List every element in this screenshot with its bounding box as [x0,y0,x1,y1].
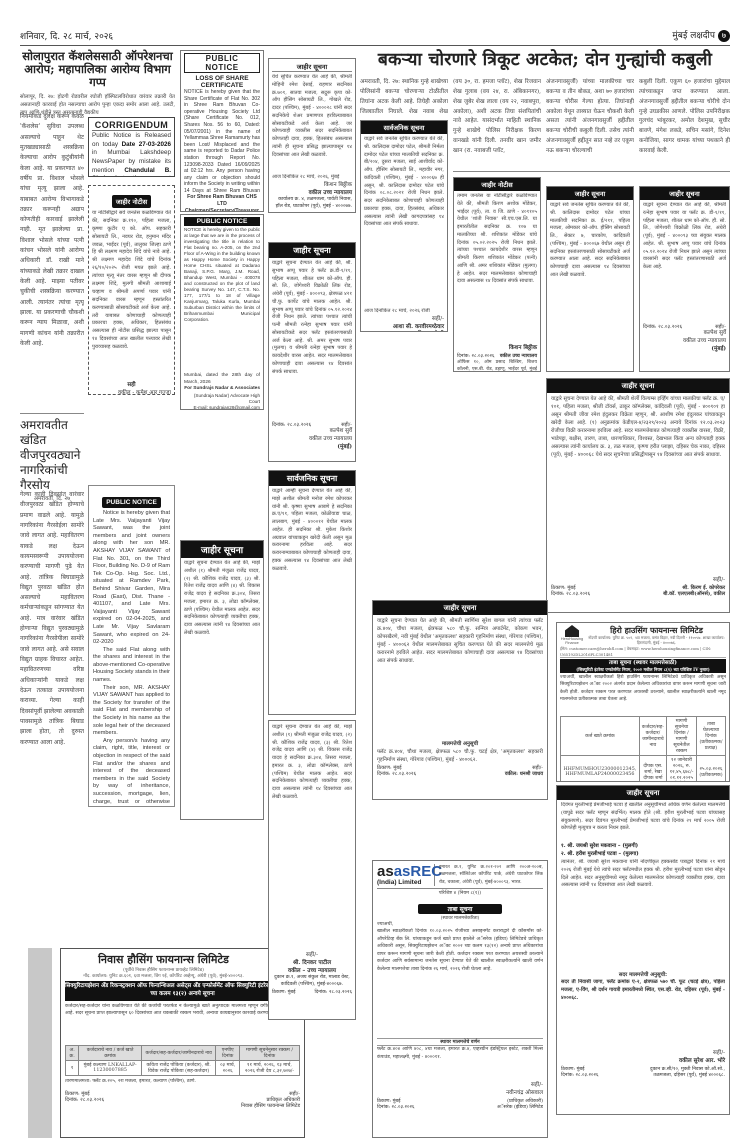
jahir-notice-mid: जाहीर नोटीस तमाम जनतेस या नोटीसीद्वारे क… [453,177,541,372]
notice-title: सार्वजनिक सूचना [269,471,355,486]
notice-badge: PUBLIC NOTICE [102,497,161,508]
corrigendum-title: CORRIGENDUM [92,120,171,131]
jahir-suchana-bl-mid: जाहीर सूचना याद्वारे सूचना देण्यात येत आ… [180,540,264,820]
grey-sidebar-block [28,948,52,1138]
lead-col-4: कबुली दिली. एकूण ६० हजारांचा मुद्देमाल त… [639,78,730,168]
jahir-suchana-bottom-mid: जाहीर सूचना याद्वारे सूचना देण्यात येत आ… [372,600,548,800]
table-row: HHFMUMHOU23000012345, HHFMUMLAP240000234… [561,756,726,782]
corrigendum-notice: CORRIGENDUM Public Notice is Released on… [88,117,175,177]
notice-title: जाहीर सूचना [557,786,729,800]
issue-date: शनिवार, दि. २८ मार्च, २०२६ [20,29,113,42]
notice-title: जाहीर सूचना [547,379,729,393]
jahir-suchana-bl: याद्वारे सूचना देण्यात येत आहे की, माझे … [268,720,356,1020]
jahir-suchana-r1: जाहीर सूचना याद्वारे सर्व जनतेस सूचित कर… [546,186,634,372]
jahir-notice-left: जाहीर नोटीस या नोटीसीद्वारे सर्व जनतेस क… [88,185,175,395]
lead-col-2: (वय ३०, रा. हमजा प्लॉट), शेख रिजवान शेख … [453,78,541,168]
hero-table: कर्ज खाते क्रमांककर्जदार/सह-कर्जदार/जामी… [560,716,726,782]
notice-badge: PUBLIC NOTICE [184,53,260,73]
notice-badge: PUBLIC NOTICE [184,217,260,226]
jahir-suchana-br: जाहीर सूचना दिवंगत मुरलीभाई प्रेमजीभाई प… [556,785,730,1115]
loss-share-certificate-notice: PUBLIC NOTICE LOSS OF SHARE CERTIFICATE … [180,50,264,212]
public-notice-title-investigation: PUBLIC NOTICE NOTICE is hereby given to … [180,214,264,410]
lead-col-3: अंजनगावसुर्जी) यांच्या मालकीच्या चार बकऱ… [546,78,634,168]
notice-title: जाहीर सूचना [269,243,355,258]
headline-amravati: अमरावतीत खंडित वीजपुरवठ्याने नागरिकांची … [20,418,84,493]
asrec-logo: asasREC (India) Limited [377,864,435,886]
jahir-suchana-wide: जाहीर सूचना याद्वारे सूचना देण्यात येत आ… [546,378,730,613]
sarvajanik-suchana-2: सार्वजनिक सूचना याद्वारे आम्ही सूचना देण… [268,470,356,715]
article-solapur-body: नियमांकडे दुर्लक्ष करून केवळ 'कॅशलेस' सु… [20,112,84,410]
article-lead-story: बकऱ्या चोरणारे त्रिकूट अटकेत; दोन गुन्ह्… [360,50,730,70]
notice-body: या नोटीसीद्वारे सर्व जनतेस कळविण्यात येत… [92,210,171,382]
notice-title: जाहीर सूचना [640,187,729,200]
notice-badge: जाहीर नोटीस [112,195,151,208]
table-row: १मुंबई कल्याण LNKALLAP-11230007885कविता … [66,1060,300,1075]
notice-title: जाहीर सूचना [181,541,263,558]
notice-banner: ताबा सूचना [418,904,503,914]
jahir-suchana-r2: जाहीर सूचना याद्वारे सूचना देण्यात येत आ… [639,186,730,372]
corrigendum-text: Public Notice is Released on today Date … [92,132,171,177]
notice-banner: सिक्युरिटायझेशन अँड रिकन्स्ट्रक्शन ऑफ फि… [65,981,300,1001]
headline-lead: बकऱ्या चोरणारे त्रिकूट अटकेत; दोन गुन्ह्… [360,50,730,70]
lead-col-1: अमरावती, दि. २७: स्थानिक गुन्हे शाखेच्या… [360,78,448,113]
page-number: ७ [718,30,730,42]
page-header: शनिवार, दि. २८ मार्च, २०२६ मुंबई लक्षदीप… [20,26,730,46]
sarvajanik-suchana-1: सार्वजनिक सूचना याद्वारे सर्व जनतेस सूचि… [360,120,448,332]
hero-housing-notice: HeroHousing Finance हिरो हाउसिंग फायनान्… [556,622,730,782]
notice-title: जाहीर सूचना [373,601,547,615]
jahir-suchana-top: जाहीर सूचना येथे सूचित करण्यात येत आहे क… [268,58,356,213]
masthead: मुंबई लक्षदीप७ [672,28,730,42]
notice-title: जाहीर नोटीस [454,178,540,191]
notice-title: LOSS OF SHARE CERTIFICATE [184,75,260,89]
notice-banner: ताबा सूचना (स्थावर मालमत्तेसाठी)(सिक्युर… [560,659,726,673]
paper-name: मुंबई लक्षदीप [672,31,715,41]
article-amravati-body: गेल्या काही दिवसांत वारंवार वीजपुरवठा खं… [20,490,84,820]
niwas-table: अ. क्र.कर्जदाराचे नाव / कर्ज खाते क्रमां… [65,1045,300,1076]
divider [453,171,730,172]
headline-solapur: सोलापुरात कॅशलेससाठी ऑपरेशनचा आरोप; महाप… [20,50,175,90]
notice-title: जाहीर सूचना [272,62,352,72]
company-title: निवास हौसिंग फायनान्स लिमिटेड [65,952,262,967]
notice-title: सार्वजनिक सूचना [361,121,447,134]
hero-logo: HeroHousing Finance [560,625,584,645]
asrec-notice: asasREC (India) Limited इमारत क्र.१, युन… [372,860,548,1138]
public-notice-ramtek: PUBLIC NOTICE Notice is hereby given tha… [88,485,175,807]
notice-title: जाहीर सूचना [547,187,633,200]
jahir-suchana-mid: जाहीर सूचना याद्वारे सूचना देण्यात येत आ… [268,242,356,462]
